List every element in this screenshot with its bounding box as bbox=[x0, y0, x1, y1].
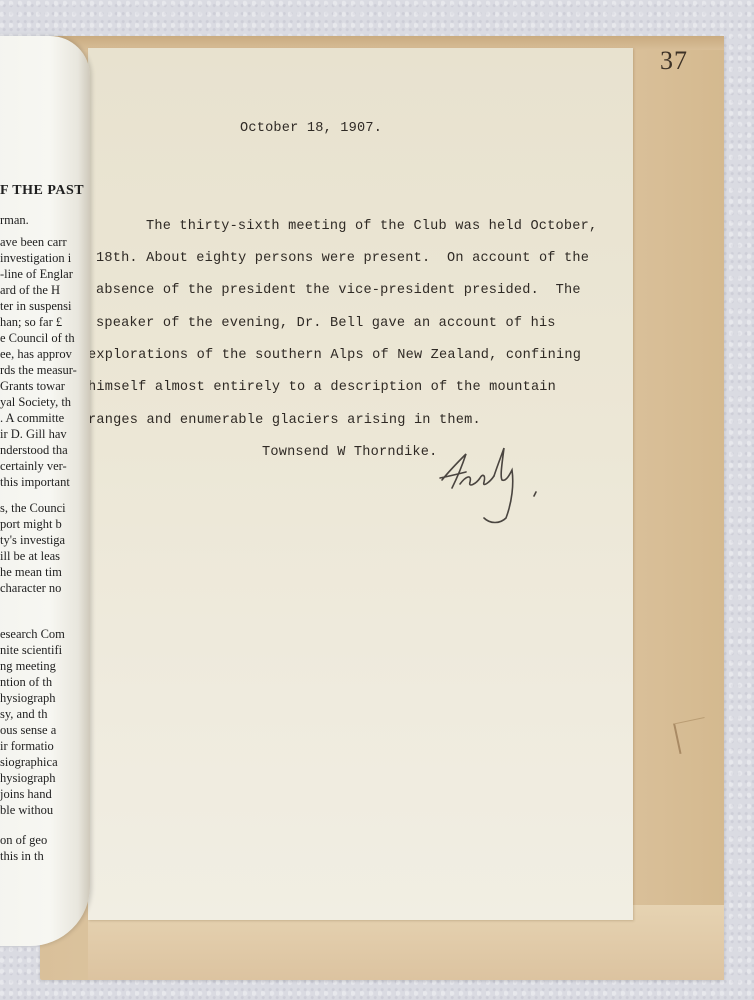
book-line: joins hand bbox=[0, 788, 52, 801]
book-line: esearch Com bbox=[0, 628, 65, 641]
typed-sheet bbox=[88, 48, 633, 920]
page-number: 37 bbox=[660, 46, 688, 76]
book-line: he mean tim bbox=[0, 566, 62, 579]
body-line-2: 18th. About eighty persons were present.… bbox=[96, 251, 589, 266]
book-line: ng meeting bbox=[0, 660, 56, 673]
body-line-7: ranges and enumerable glaciers arising i… bbox=[88, 413, 481, 428]
book-line: ave been carr bbox=[0, 236, 67, 249]
handwritten-signature-icon bbox=[436, 440, 546, 530]
book-line: ty's investiga bbox=[0, 534, 65, 547]
meeting-date: October 18, 1907. bbox=[240, 121, 382, 136]
book-line: yal Society, th bbox=[0, 396, 71, 409]
facing-book-page: F THE PAST rman. ave been carr investiga… bbox=[0, 36, 90, 946]
book-line: ous sense a bbox=[0, 724, 56, 737]
author-name: Townsend W Thorndike. bbox=[262, 445, 438, 460]
book-line: ee, has approv bbox=[0, 348, 72, 361]
book-line: this in th bbox=[0, 850, 44, 863]
book-line: ntion of th bbox=[0, 676, 52, 689]
book-line: on of geo bbox=[0, 834, 47, 847]
book-line: port might b bbox=[0, 518, 62, 531]
book-line: certainly ver- bbox=[0, 460, 67, 473]
book-line: investigation i bbox=[0, 252, 71, 265]
book-heading: F THE PAST bbox=[0, 184, 84, 198]
book-line: Grants towar bbox=[0, 380, 65, 393]
book-line: siographica bbox=[0, 756, 58, 769]
book-line: this important bbox=[0, 476, 70, 489]
book-line: ir D. Gill hav bbox=[0, 428, 67, 441]
book-line: e Council of th bbox=[0, 332, 75, 345]
book-line: sy, and th bbox=[0, 708, 47, 721]
book-line: s, the Counci bbox=[0, 502, 66, 515]
book-line: nite scientifi bbox=[0, 644, 62, 657]
body-line-3: absence of the president the vice-presid… bbox=[96, 283, 581, 298]
book-line: hysiograph bbox=[0, 692, 56, 705]
book-line: ter in suspensi bbox=[0, 300, 72, 313]
body-line-6: himself almost entirely to a description… bbox=[88, 380, 556, 395]
body-line-5: explorations of the southern Alps of New… bbox=[88, 348, 581, 363]
book-line: -line of Englar bbox=[0, 268, 73, 281]
book-line: character no bbox=[0, 582, 61, 595]
book-line: ble withou bbox=[0, 804, 53, 817]
book-line: ill be at leas bbox=[0, 550, 60, 563]
book-line: . A committe bbox=[0, 412, 64, 425]
book-line: rds the measur- bbox=[0, 364, 77, 377]
body-line-1: The thirty-sixth meeting of the Club was… bbox=[146, 219, 597, 234]
paper-tear bbox=[673, 717, 711, 754]
book-line: ir formatio bbox=[0, 740, 54, 753]
body-line-4: speaker of the evening, Dr. Bell gave an… bbox=[96, 316, 556, 331]
book-line: nderstood tha bbox=[0, 444, 68, 457]
book-line: ard of the H bbox=[0, 284, 60, 297]
book-line: rman. bbox=[0, 214, 29, 227]
book-line: han; so far £ bbox=[0, 316, 62, 329]
book-line: hysiograph bbox=[0, 772, 56, 785]
